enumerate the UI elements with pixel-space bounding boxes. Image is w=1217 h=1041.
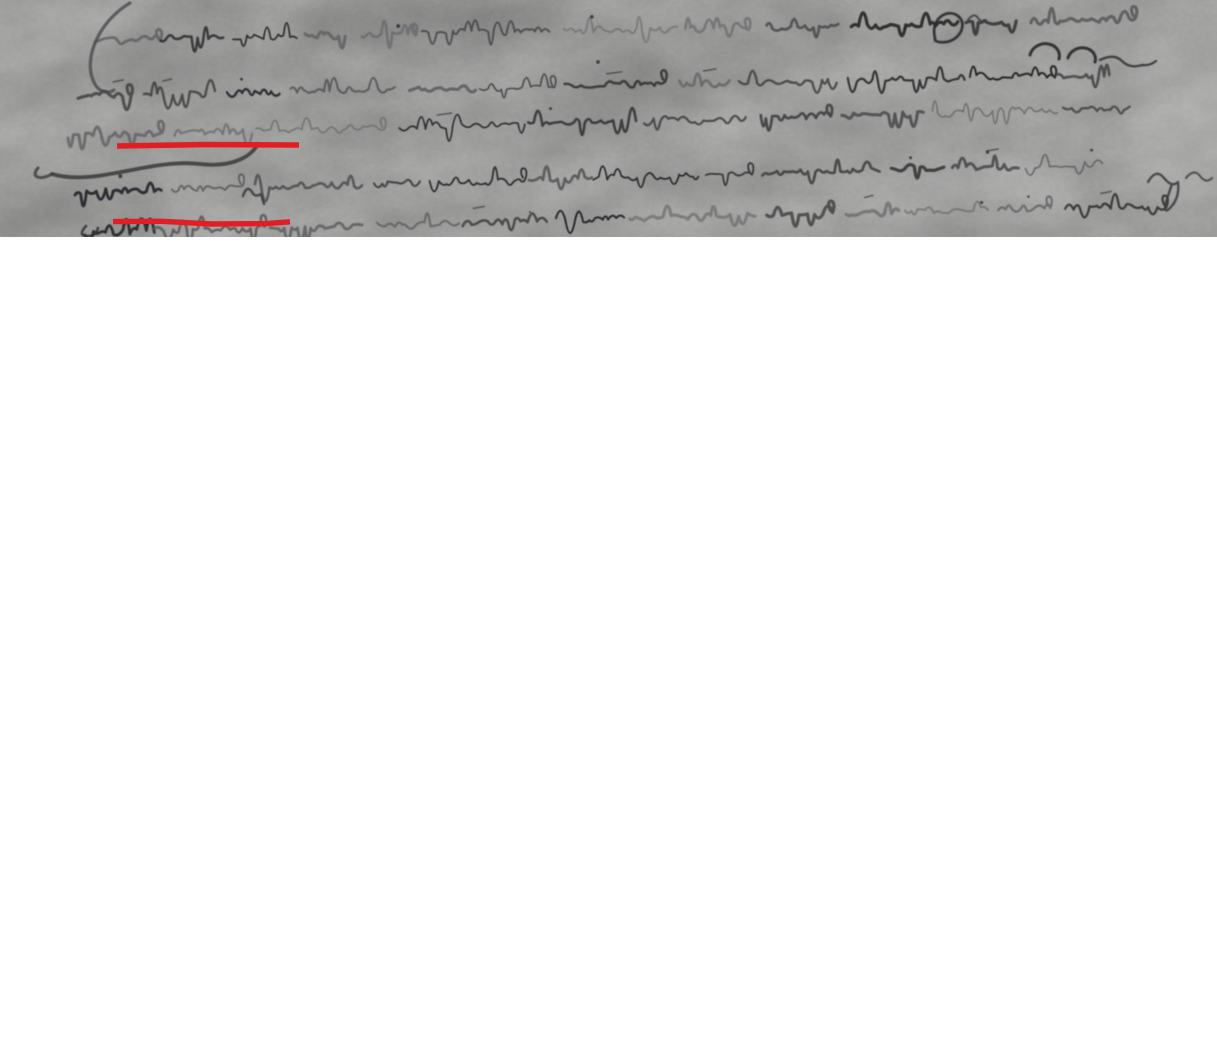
red-underline-2	[113, 221, 290, 224]
screenshot-root: nustim ad suam pssam ... mense En lentic…	[0, 0, 1217, 1041]
red-underline-1	[117, 145, 299, 146]
blank-area	[0, 237, 1217, 1041]
manuscript-scan: nustim ad suam pssam ... mense En lentic…	[0, 0, 1217, 237]
